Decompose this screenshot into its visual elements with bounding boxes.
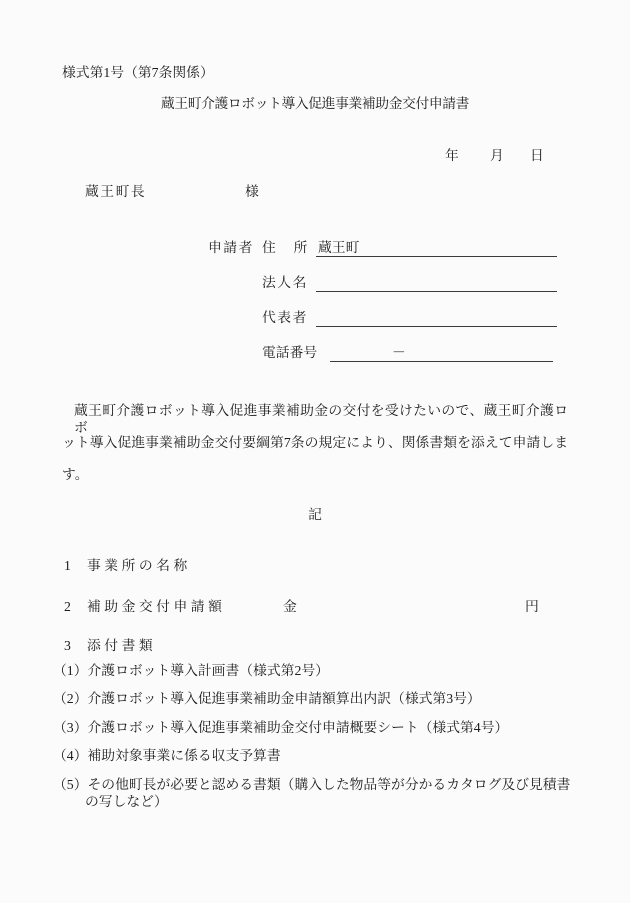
representative-field: [316, 309, 557, 327]
address-value: 蔵王町: [316, 239, 359, 256]
ki-heading: 記: [0, 506, 630, 523]
corporate-name-field: [316, 274, 557, 292]
applicant-label: 申請者: [208, 239, 254, 256]
document-title: 蔵王町介護ロボット導入促進事業補助金交付申請書: [0, 95, 630, 112]
representative-label: 代表者: [262, 309, 308, 326]
item-number: 3: [64, 637, 71, 654]
addressee-honorific: 様: [245, 183, 259, 200]
attachment-line-continuation: の写しなど）: [85, 793, 168, 810]
attachment-line: （3）介護ロボット導入促進事業補助金交付申請概要シート（様式第4号）: [53, 719, 508, 736]
amount-suffix-label: 円: [525, 598, 539, 615]
form-number: 様式第1号（第7条関係）: [62, 64, 214, 81]
attachment-line: （2）介護ロボット導入促進事業補助金申請額算出内訳（様式第3号）: [53, 690, 481, 707]
amount-prefix-label: 金: [283, 598, 297, 615]
date-month-label: 月: [490, 147, 504, 164]
body-line: す。: [62, 466, 89, 483]
address-label: 住 所: [262, 239, 309, 256]
attachment-line: （1）介護ロボット導入計画書（様式第2号）: [53, 662, 329, 679]
attachment-line: （5）その他町長が必要と認める書類（購入した物品等が分かるカタログ及び見積書: [53, 776, 570, 793]
body-line: ット導入促進事業補助金交付要綱第7条の規定により、関係書類を添えて申請しま: [62, 434, 568, 451]
item-label: 事業所の名称: [87, 557, 191, 574]
phone-field: －: [330, 344, 553, 362]
item-label: 添付書類: [87, 637, 156, 654]
item-number: 1: [64, 557, 71, 574]
body-line: 蔵王町介護ロボット導入促進事業補助金の交付を受けたいので、蔵王町介護ロボ: [74, 402, 568, 436]
date-day-label: 日: [530, 147, 544, 164]
date-year-label: 年: [445, 147, 459, 164]
item-number: 2: [64, 598, 71, 615]
address-field: 蔵王町: [316, 239, 557, 257]
attachment-line: （4）補助対象事業に係る収支予算書: [53, 747, 281, 764]
item-label: 補助金交付申請額: [87, 598, 225, 615]
document-page: 様式第1号（第7条関係） 蔵王町介護ロボット導入促進事業補助金交付申請書 年 月…: [0, 0, 630, 903]
corporate-name-label: 法人名: [262, 274, 308, 291]
addressee-name: 蔵王町長: [85, 183, 146, 200]
phone-separator: －: [330, 344, 406, 361]
phone-label: 電話番号: [262, 344, 317, 361]
